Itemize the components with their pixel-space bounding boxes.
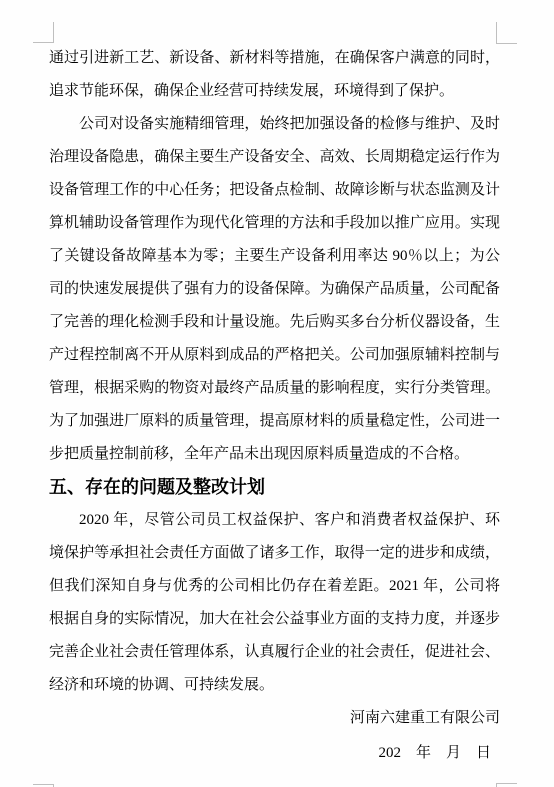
text-line: 经济和环境的协调、可持续发展。 [49,669,500,702]
text-line: 步把质量控制前移，全年产品未出现因原料质量造成的不合格。 [49,438,500,471]
text-line: 管理，根据采购的物资对最终产品质量的影响程度，实行分类管理。 [49,372,500,405]
crop-mark-top-right-icon [496,22,517,44]
text-line: 了关键设备故障基本为零；主要生产设备利用率达 90％以上；为公 [49,240,500,273]
signature-company: 河南六建重工有限公司 [49,702,500,735]
text-line: 2020 年，尽管公司员工权益保护、客户和消费者权益保护、环 [49,504,500,537]
text-line: 但我们深知自身与优秀的公司相比仍存在着差距。2021 年，公司将 [49,570,500,603]
document-page: 通过引进新工艺、新设备、新材料等措施，在确保客户满意的同时，追求节能环保，确保企… [0,0,554,787]
text-line: 算机辅助设备管理作为现代化管理的方法和手段加以推广应用。实现 [49,207,500,240]
text-line: 产过程控制离不开从原料到成品的严格把关。公司加强原辅料控制与 [49,339,500,372]
text-line: 完善企业社会责任管理体系，认真履行企业的社会责任，促进社会、 [49,636,500,669]
signature-date: 202 年 月 日 [49,737,500,770]
text-line: 根据自身的实际情况，加大在社会公益事业方面的支持力度，并逐步 [49,603,500,636]
text-line: 追求节能环保，确保企业经营可持续发展，环境得到了保护。 [49,75,500,108]
section-heading: 五、存在的问题及整改计划 [49,471,500,504]
document-body: 通过引进新工艺、新设备、新材料等措施，在确保客户满意的同时，追求节能环保，确保企… [49,42,500,770]
text-line: 境保护等承担社会责任方面做了诸多工作，取得一定的进步和成绩， [49,537,500,570]
text-line: 司的快速发展提供了强有力的设备保障。为确保产品质量，公司配备 [49,273,500,306]
crop-mark-top-left-icon [33,22,54,43]
text-line: 公司对设备实施精细管理，始终把加强设备的检修与维护、及时 [49,108,500,141]
text-line: 为了加强进厂原料的质量管理，提高原材料的质量稳定性，公司进一 [49,405,500,438]
text-line: 设备管理工作的中心任务；把设备点检制、故障诊断与状态监测及计 [49,174,500,207]
text-line: 通过引进新工艺、新设备、新材料等措施，在确保客户满意的同时， [49,42,500,75]
text-line: 治理设备隐患，确保主要生产设备安全、高效、长周期稳定运行作为 [49,141,500,174]
crop-mark-bottom-right-icon [496,783,517,787]
text-line: 了完善的理化检测手段和计量设施。先后购买多台分析仪器设备，生 [49,306,500,339]
